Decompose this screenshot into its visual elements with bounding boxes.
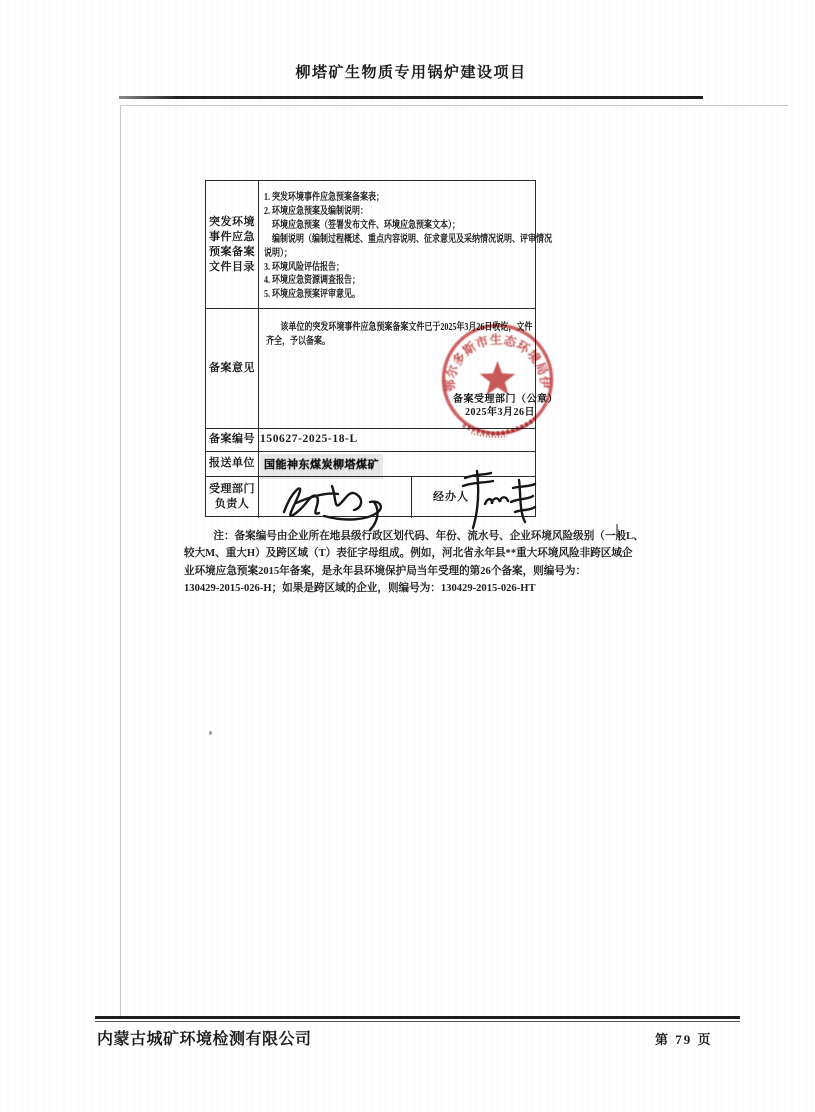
footer-rule: [95, 1016, 740, 1022]
handler-signature: [455, 466, 539, 532]
seal-date-caption: 2025年3月26日: [465, 403, 535, 418]
footer-company: 内蒙古城矿环境检测有限公司: [97, 1026, 312, 1049]
handler-cell-divider: [411, 476, 412, 518]
opinion-label: 备案意见: [206, 308, 258, 428]
filing-number-label: 备案编号: [206, 428, 258, 451]
scan-artifact-dash: [616, 524, 618, 533]
seal-microtext: [459, 416, 539, 438]
filing-note: 注：备案编号由企业所在地县级行政区划代码、年份、流水号、企业环境风险级别（一般L…: [184, 528, 635, 597]
header-rule: [119, 96, 703, 99]
directory-label: 突发环境 事件应急 预案备案 文件目录: [206, 181, 258, 308]
scan-artifact-dot: [209, 731, 212, 735]
directory-content: 1. 突发环境事件应急预案备案表； 2. 环境应急预案及编制说明： 环境应急预案…: [264, 191, 536, 302]
submitting-unit-label: 报送单位: [206, 451, 258, 476]
footer-page-number: 第 79 页: [655, 1029, 713, 1048]
acceptor-signature: [266, 476, 404, 534]
page-title: 柳塔矿生物质专用锅炉建设项目: [120, 61, 702, 82]
scanned-page: 柳塔矿生物质专用锅炉建设项目 突发环境 事件应急 预案备案 文件目录 1. 突发…: [0, 0, 815, 1112]
filing-number-value: 150627-2025-18-L: [260, 428, 358, 451]
acceptor-label: 受理部门 负责人: [206, 476, 258, 518]
